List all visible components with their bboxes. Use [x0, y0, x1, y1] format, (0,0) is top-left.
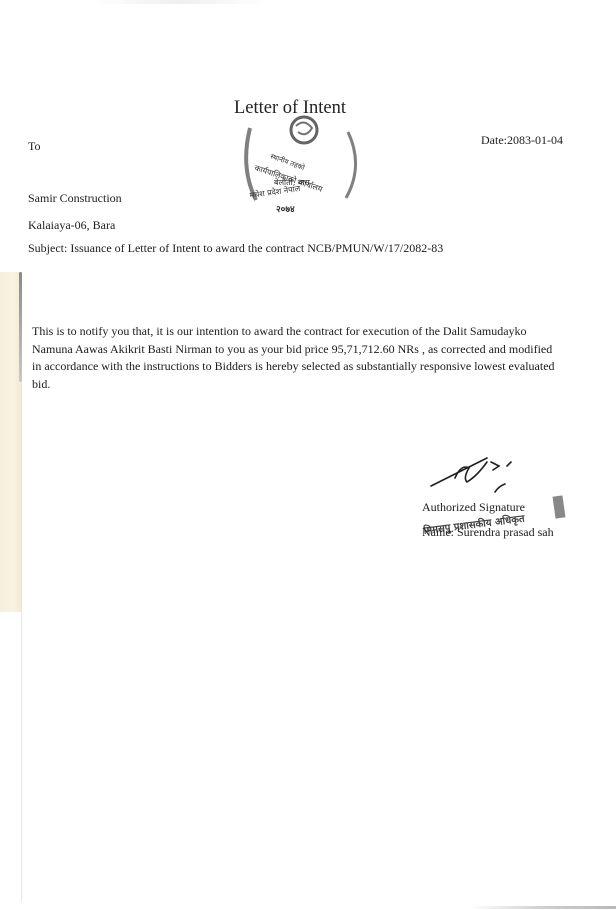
- body-line: bid.: [32, 376, 592, 394]
- scan-artifact-top: [90, 0, 270, 4]
- recipient-address: Kalaiaya-06, Bara: [28, 218, 115, 233]
- letter-date: Date:2083-01-04: [481, 133, 563, 148]
- scan-artifact-bottom: [470, 906, 616, 909]
- official-stamp-icon: स्थानीय तहको कार्यपालिकाको कार्यालय बेलौ…: [236, 108, 366, 218]
- body-line: in accordance with the instructions to B…: [32, 358, 592, 376]
- body-line: Namuna Aawas Akikrit Basti Nirman to you…: [32, 341, 592, 359]
- svg-text:२०७४: २०७४: [276, 205, 295, 215]
- to-label: To: [28, 139, 41, 154]
- designation-stamp-icon: मिमसपु प्रशासकीय अधिकृत: [422, 490, 572, 540]
- letter-body: This is to notify you that, it is our in…: [32, 323, 592, 393]
- scan-edge-shadow: [19, 272, 22, 382]
- svg-text:मिमसपु प्रशासकीय अधिकृत: मिमसपु प्रशासकीय अधिकृत: [422, 512, 527, 538]
- letter-subject: Subject: Issuance of Letter of Intent to…: [28, 241, 443, 256]
- body-line: This is to notify you that, it is our in…: [32, 323, 592, 341]
- recipient-name: Samir Construction: [28, 191, 122, 206]
- scan-edge-line: [21, 382, 22, 902]
